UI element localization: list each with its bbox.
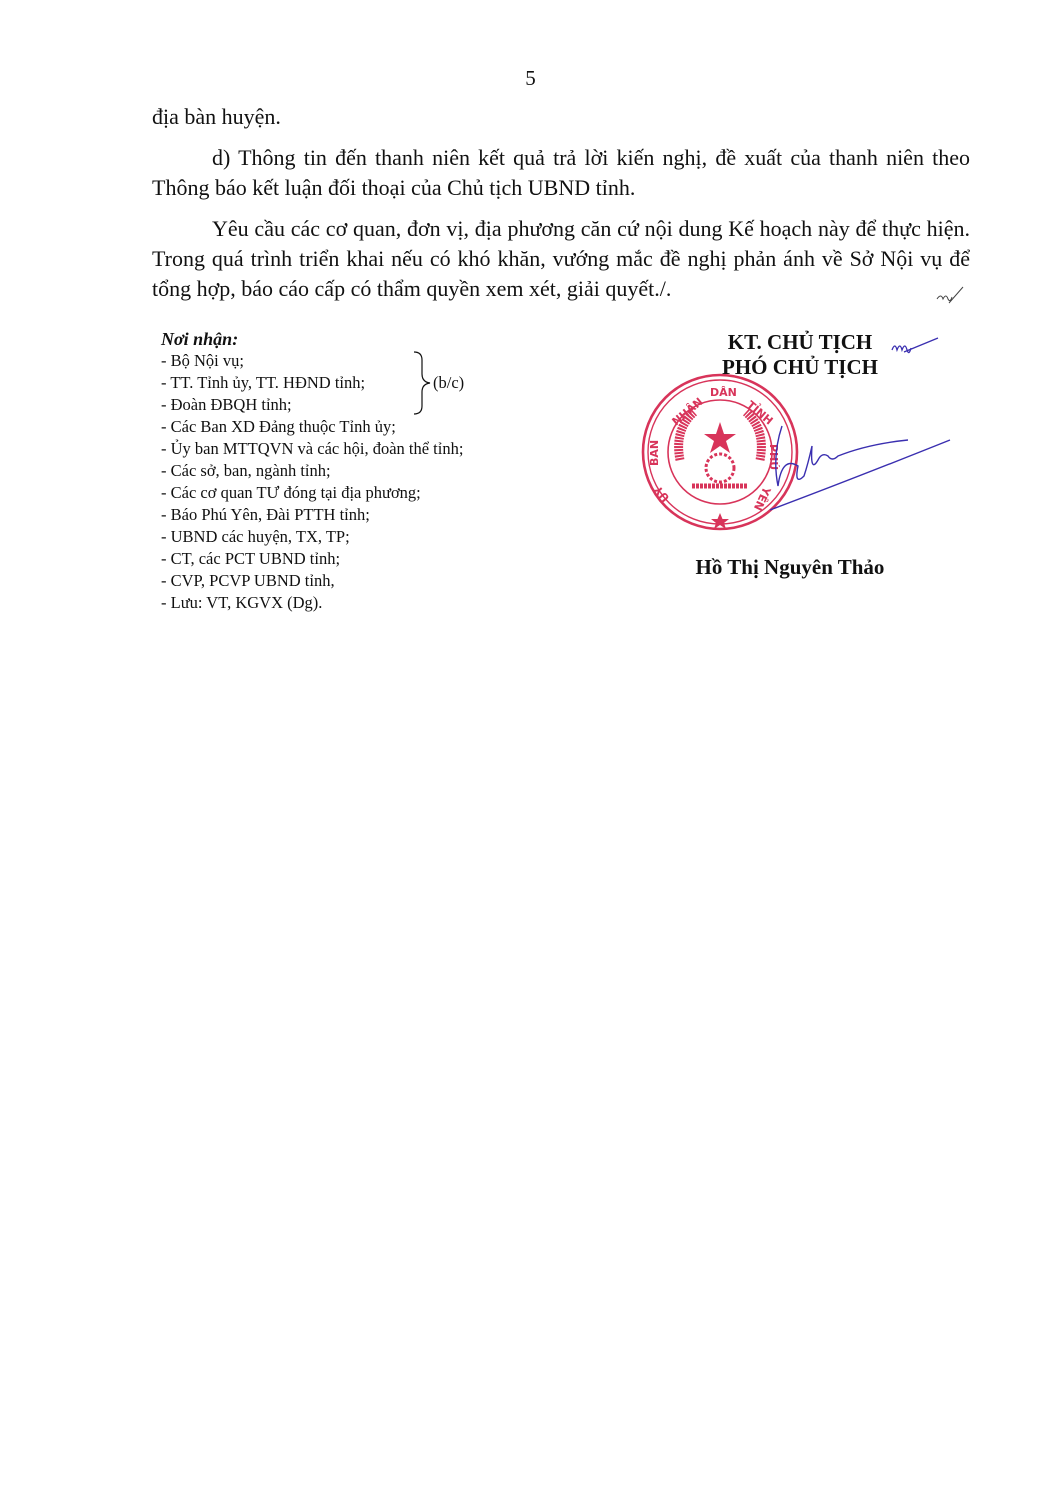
recipient-item: - Báo Phú Yên, Đài PTTH tỉnh; [161, 504, 463, 526]
recipient-item: - CVP, PCVP UBND tỉnh, [161, 570, 463, 592]
recipients-list: Nơi nhận: - Bộ Nội vụ; - TT. Tỉnh ủy, TT… [161, 328, 463, 614]
recipient-item: - Lưu: VT, KGVX (Dg). [161, 592, 463, 614]
initials-mark-icon [888, 332, 940, 360]
page-number: 5 [0, 66, 1061, 91]
signer-name: Hồ Thị Nguyên Thảo [660, 555, 920, 580]
recipient-item: - Các Ban XD Đảng thuộc Tỉnh ủy; [161, 416, 463, 438]
recipients-group-note: (b/c) [433, 372, 464, 394]
svg-text:UY: UY [651, 482, 672, 504]
recipients-title: Nơi nhận: [161, 328, 463, 350]
paragraph-closing: Yêu cầu các cơ quan, đơn vị, địa phương … [152, 214, 970, 304]
recipients-group: - Bộ Nội vụ; - TT. Tỉnh ủy, TT. HĐND tỉn… [161, 350, 463, 416]
recipient-item: - CT, các PCT UBND tỉnh; [161, 548, 463, 570]
brace-icon [411, 350, 433, 416]
svg-text:BAN: BAN [648, 440, 661, 466]
recipient-item: - Ủy ban MTTQVN và các hội, đoàn thể tỉn… [161, 438, 463, 460]
paragraph-continuation: địa bàn huyện. [152, 102, 970, 132]
recipient-item: - UBND các huyện, TX, TP; [161, 526, 463, 548]
recipient-item: - Các sở, ban, ngành tỉnh; [161, 460, 463, 482]
recipient-item: - Các cơ quan TƯ đóng tại địa phương; [161, 482, 463, 504]
paragraph-item-d: d) Thông tin đến thanh niên kết quả trả … [152, 143, 970, 203]
handwritten-signature [760, 420, 960, 530]
initials-mark-icon [935, 285, 965, 307]
svg-text:DÂN: DÂN [710, 386, 737, 399]
